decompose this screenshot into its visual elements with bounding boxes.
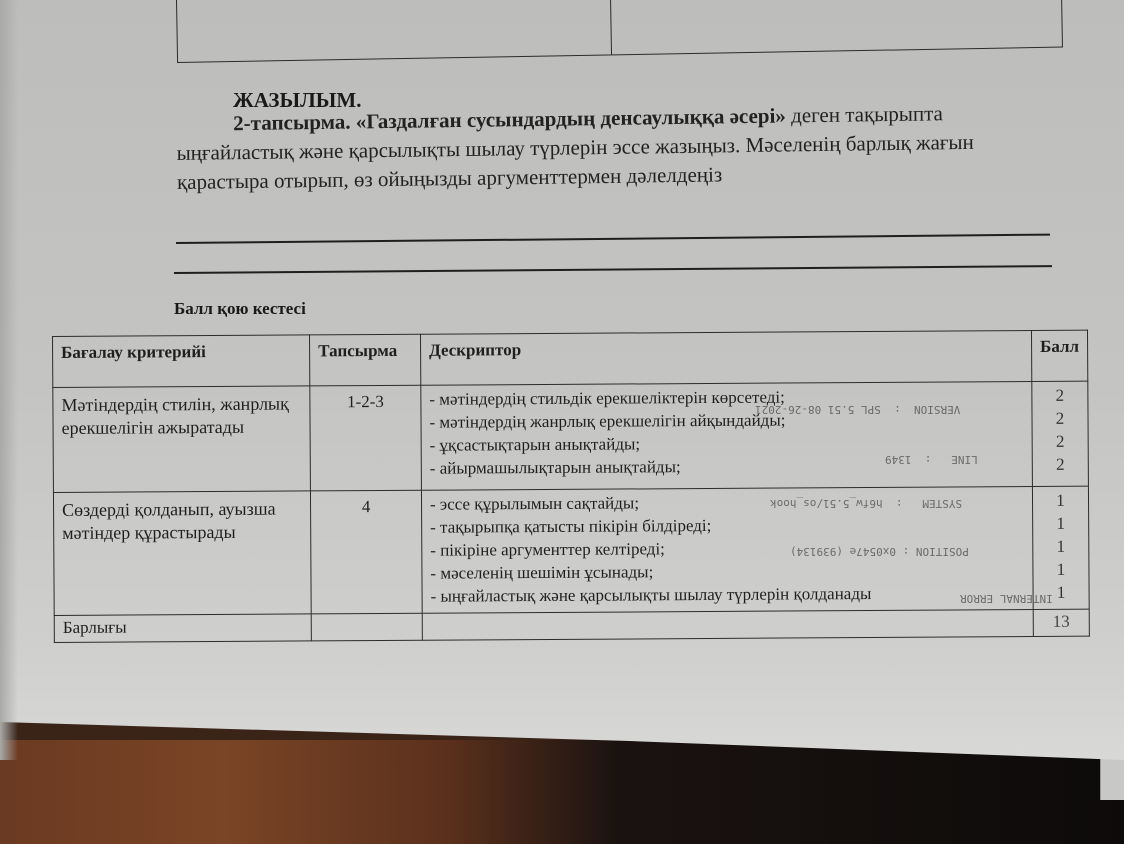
table-header-row: Бағалау критерийі Тапсырма Дескриптор Ба… [53,330,1088,387]
show-through-line: LINE : 1349 [885,453,978,466]
point-value: 1 [1041,535,1080,558]
header-task: Тапсырма [310,334,421,386]
task-instructions: 2-тапсырма. «Газдалған сусындардың денса… [176,98,1047,197]
point-value: 2 [1041,430,1080,453]
header-descriptor: Дескриптор [420,331,1031,386]
points-cell: 1 1 1 1 1 [1032,486,1089,609]
total-row: Барлығы 13 [54,609,1089,642]
total-label: Барлығы [54,614,311,643]
task-label: 2-тапсырма. [233,110,351,136]
point-value: 2 [1040,407,1079,430]
page-shadow [0,0,18,760]
task-number-cell: 1-2-3 [310,385,421,491]
points-list: 2 2 2 2 [1040,384,1080,476]
score-table: Бағалау критерийі Тапсырма Дескриптор Ба… [52,330,1090,643]
show-through-version: VERSION : SPL 5.51 08-26-2021 [755,403,960,416]
show-through-position: POSITION : 0x0547e (939134) [790,545,969,558]
task-topic: «Газдалған сусындардың денсаулыққа әсері… [356,103,786,133]
show-through-system: SYSTEM : h6fw_5.51/os_hook [770,497,962,510]
score-table-title: Балл қою кестесі [174,299,306,319]
header-points: Балл [1032,330,1088,381]
point-value: 2 [1040,384,1079,407]
points-cell: 2 2 2 2 [1032,381,1089,486]
task-number-cell: 4 [311,490,423,614]
table-row: Мәтіндердің стилін, жанрлық ерекшелігін … [53,381,1089,492]
point-value: 1 [1041,489,1080,512]
point-value: 1 [1041,512,1080,535]
header-criterion: Бағалау критерийі [53,335,310,388]
total-task-cell [311,613,422,641]
descriptor-item: - ыңғайластық және қарсылықты шылау түрл… [430,581,1024,608]
criterion-cell: Мәтіндердің стилін, жанрлық ерекшелігін … [53,386,311,493]
table-divider [610,0,612,54]
total-points: 13 [1033,609,1089,636]
point-value: 2 [1041,453,1080,476]
point-value: 1 [1041,558,1080,581]
criterion-cell: Сөздерді қолданып, ауызша мәтіндер құрас… [53,491,311,616]
descriptor-cell: - мәтіндердің стильдік ерекшеліктерін кө… [421,382,1033,491]
points-list: 1 1 1 1 1 [1041,489,1081,604]
desk-surface [0,740,1124,844]
total-descriptor-cell [422,610,1033,641]
show-through-internal: INTERNAL ERROR [960,592,1053,605]
